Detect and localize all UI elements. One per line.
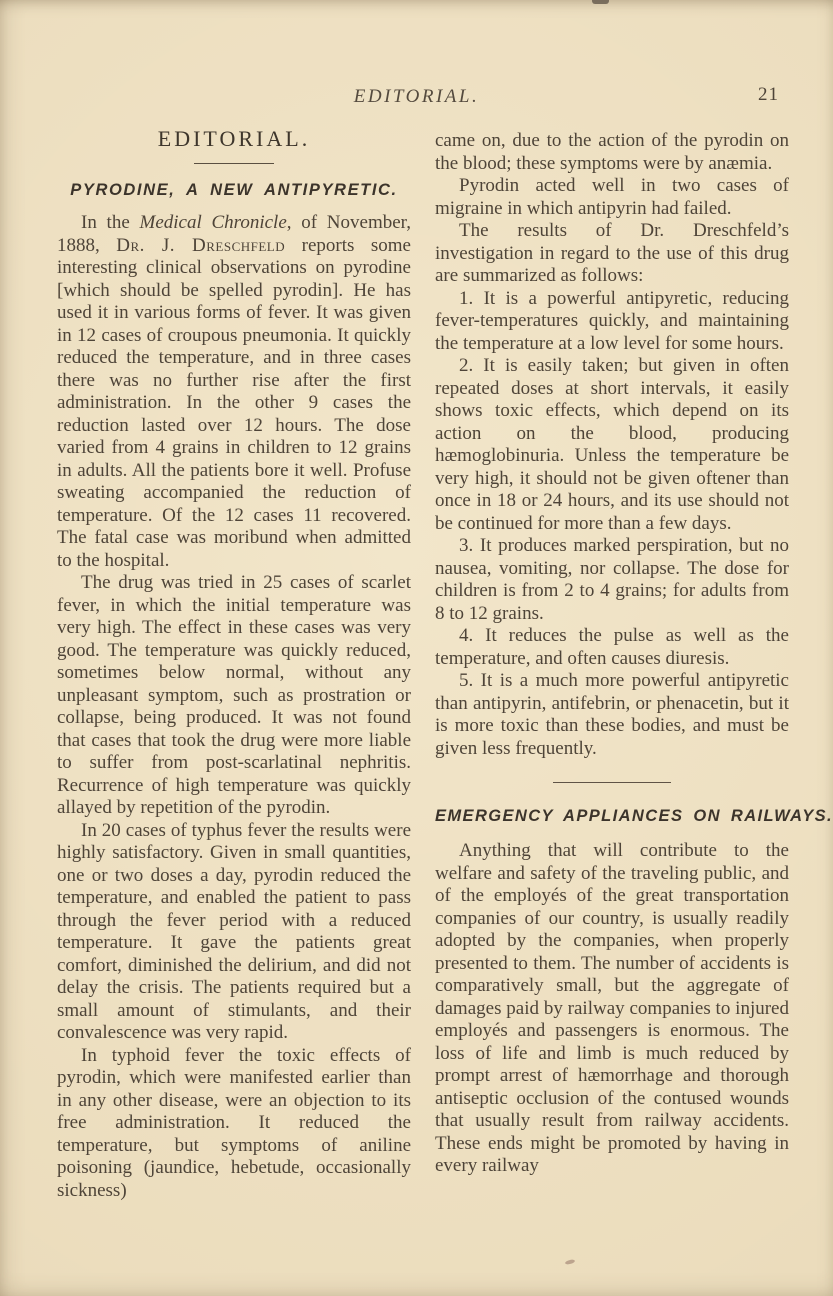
scanned-page: EDITORIAL. 21 EDITORIAL. PYRODINE, A NEW… <box>0 0 833 1296</box>
text-run: 3. It produces marked perspiration, but … <box>435 535 789 624</box>
text-run: reports some interesting clinical observ… <box>57 235 411 571</box>
text-run: The results of Dr. Dreschfeld’s investig… <box>435 220 789 286</box>
text-run: In typhoid fever the toxic effects of py… <box>57 1045 411 1201</box>
paragraph: 5. It is a much more powerful antipyreti… <box>435 670 789 760</box>
paragraph: In typhoid fever the toxic effects of py… <box>57 1045 411 1203</box>
paragraph: In the Medical Chronicle, of November, 1… <box>57 212 411 572</box>
text-run: In 20 cases of typhus fever the results … <box>57 820 411 1044</box>
smallcaps-text-run: Dr. J. Dreschfeld <box>116 235 285 256</box>
paragraph: 4. It reduces the pulse as well as the t… <box>435 625 789 670</box>
paragraph: came on, due to the action of the pyrodi… <box>435 130 789 175</box>
paragraph: Pyrodin acted well in two cases of migra… <box>435 175 789 220</box>
article1-body-right: came on, due to the action of the pyrodi… <box>435 130 789 760</box>
paragraph: In 20 cases of typhus fever the results … <box>57 820 411 1045</box>
right-column: came on, due to the action of the pyrodi… <box>435 118 789 1202</box>
article-divider-rule <box>553 782 671 783</box>
article1-body-left: In the Medical Chronicle, of November, 1… <box>57 212 411 1202</box>
paragraph: Anything that will contribute to the wel… <box>435 840 789 1178</box>
text-run: 1. It is a powerful antipyretic, reducin… <box>435 288 789 354</box>
text-run: 4. It reduces the pulse as well as the t… <box>435 625 789 669</box>
page-number: 21 <box>758 84 779 106</box>
text-run: The drug was tried in 25 cases of scarle… <box>57 572 411 818</box>
running-header: EDITORIAL. <box>0 86 833 108</box>
paragraph: 3. It produces marked perspiration, but … <box>435 535 789 625</box>
two-column-layout: EDITORIAL. PYRODINE, A NEW ANTIPYRETIC. … <box>57 118 789 1202</box>
article2-title: EMERGENCY APPLIANCES ON RAILWAYS. <box>435 807 789 826</box>
text-run: Pyrodin acted well in two cases of migra… <box>435 175 789 219</box>
heading-rule <box>194 163 274 164</box>
text-run: 5. It is a much more powerful antipyreti… <box>435 670 789 759</box>
text-run: Anything that will contribute to the wel… <box>435 840 789 1176</box>
text-run: came on, due to the action of the pyrodi… <box>435 130 789 174</box>
scan-artifact-bottom <box>565 1259 576 1265</box>
paragraph: The results of Dr. Dreschfeld’s investig… <box>435 220 789 288</box>
paragraph: The drug was tried in 25 cases of scarle… <box>57 572 411 820</box>
italic-text-run: Medical Chronicle <box>140 212 287 233</box>
paragraph: 1. It is a powerful antipyretic, reducin… <box>435 288 789 356</box>
article2-body: Anything that will contribute to the wel… <box>435 840 789 1178</box>
scan-artifact-top <box>592 0 609 4</box>
left-column: EDITORIAL. PYRODINE, A NEW ANTIPYRETIC. … <box>57 118 411 1202</box>
section-heading: EDITORIAL. <box>57 126 411 152</box>
paragraph: 2. It is easily taken; but given in ofte… <box>435 355 789 535</box>
article1-title: PYRODINE, A NEW ANTIPYRETIC. <box>57 181 411 200</box>
text-run: 2. It is easily taken; but given in ofte… <box>435 355 789 534</box>
text-run: In the <box>81 212 140 233</box>
